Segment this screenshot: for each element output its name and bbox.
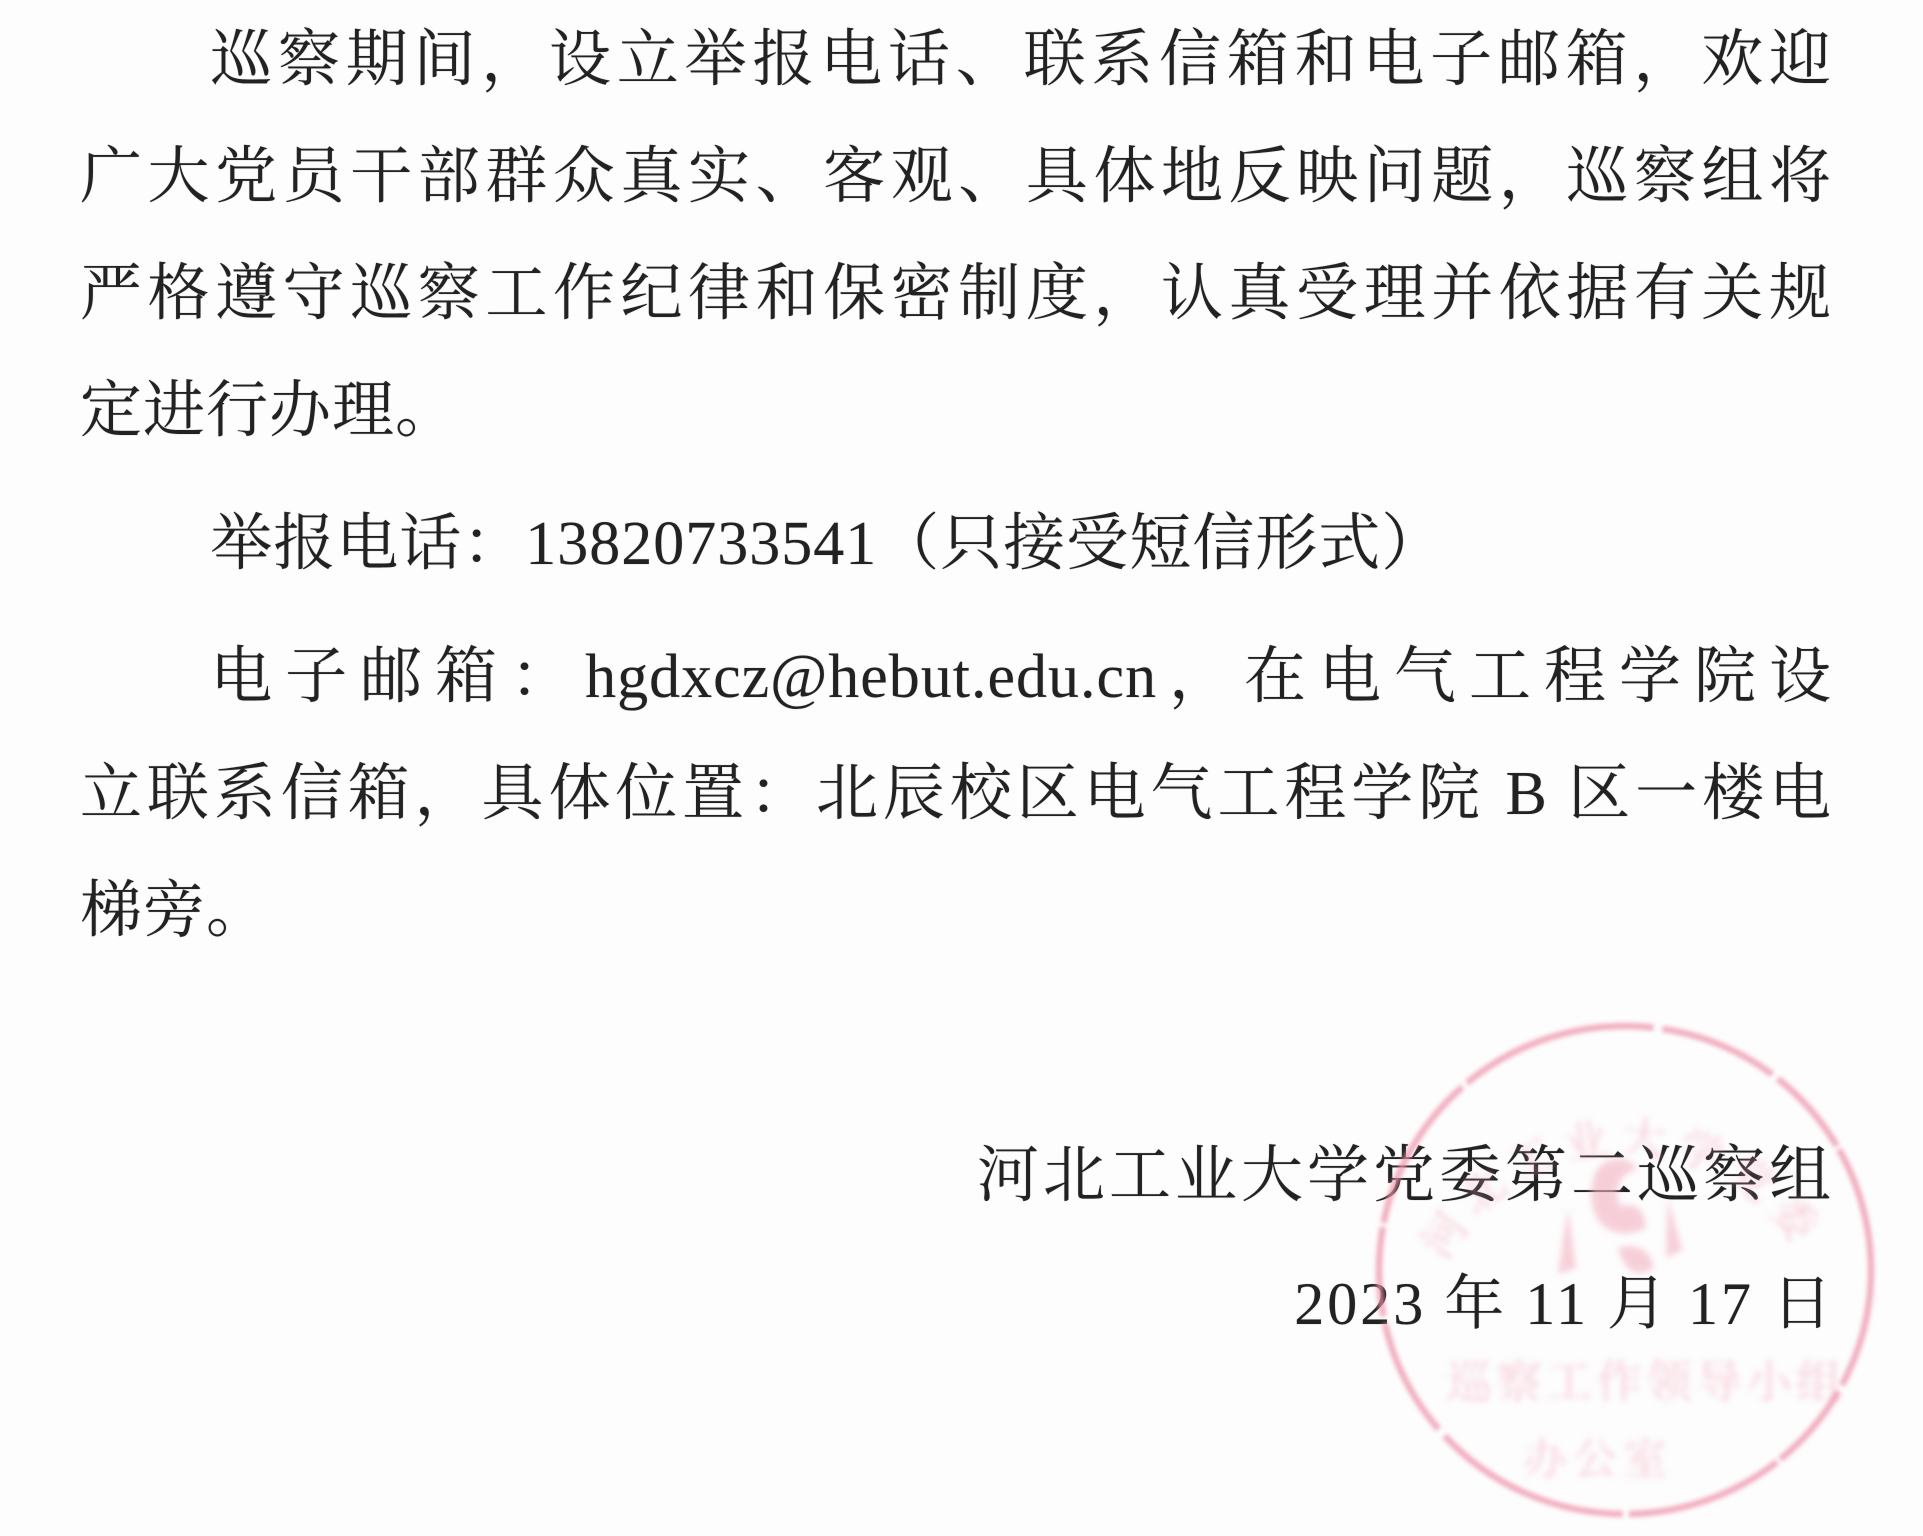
text-line: 巡察期间，设立举报电话、联系信箱和电子邮箱，欢迎: [80, 2, 1832, 119]
paragraph: 电子邮箱：hgdxcz@hebut.edu.cn，在电气工程学院设立联系信箱，具…: [80, 619, 1832, 970]
stamp-office-text-2: 办公室: [1523, 1435, 1673, 1484]
date-line: 2023 年 11 月 17 日: [977, 1246, 1835, 1363]
text-line: 梯旁。: [80, 853, 1832, 970]
document-page: 巡察期间，设立举报电话、联系信箱和电子邮箱，欢迎广大党员干部群众真实、客观、具体…: [0, 0, 1923, 1536]
text-line: 定进行办理。: [80, 353, 1832, 470]
body-text: 巡察期间，设立举报电话、联系信箱和电子邮箱，欢迎广大党员干部群众真实、客观、具体…: [80, 2, 1832, 970]
stamp-office-text-1: 巡察工作领导小组: [1446, 1357, 1846, 1408]
text-line: 广大党员干部群众真实、客观、具体地反映问题，巡察组将: [80, 119, 1832, 236]
text-line: 立联系信箱，具体位置：北辰校区电气工程学院 B 区一楼电: [80, 736, 1832, 853]
text-line: 电子邮箱：hgdxcz@hebut.edu.cn，在电气工程学院设: [80, 619, 1832, 736]
paragraph: 举报电话：13820733541（只接受短信形式）: [80, 486, 1832, 603]
paragraph: 巡察期间，设立举报电话、联系信箱和电子邮箱，欢迎广大党员干部群众真实、客观、具体…: [80, 2, 1832, 470]
signature-block: 河北工业大学党委第二巡察组 2023 年 11 月 17 日: [977, 1118, 1835, 1363]
signature-line: 河北工业大学党委第二巡察组: [977, 1118, 1835, 1235]
text-line: 严格遵守巡察工作纪律和保密制度，认真受理并依据有关规: [80, 236, 1832, 353]
text-line: 举报电话：13820733541（只接受短信形式）: [80, 486, 1832, 603]
